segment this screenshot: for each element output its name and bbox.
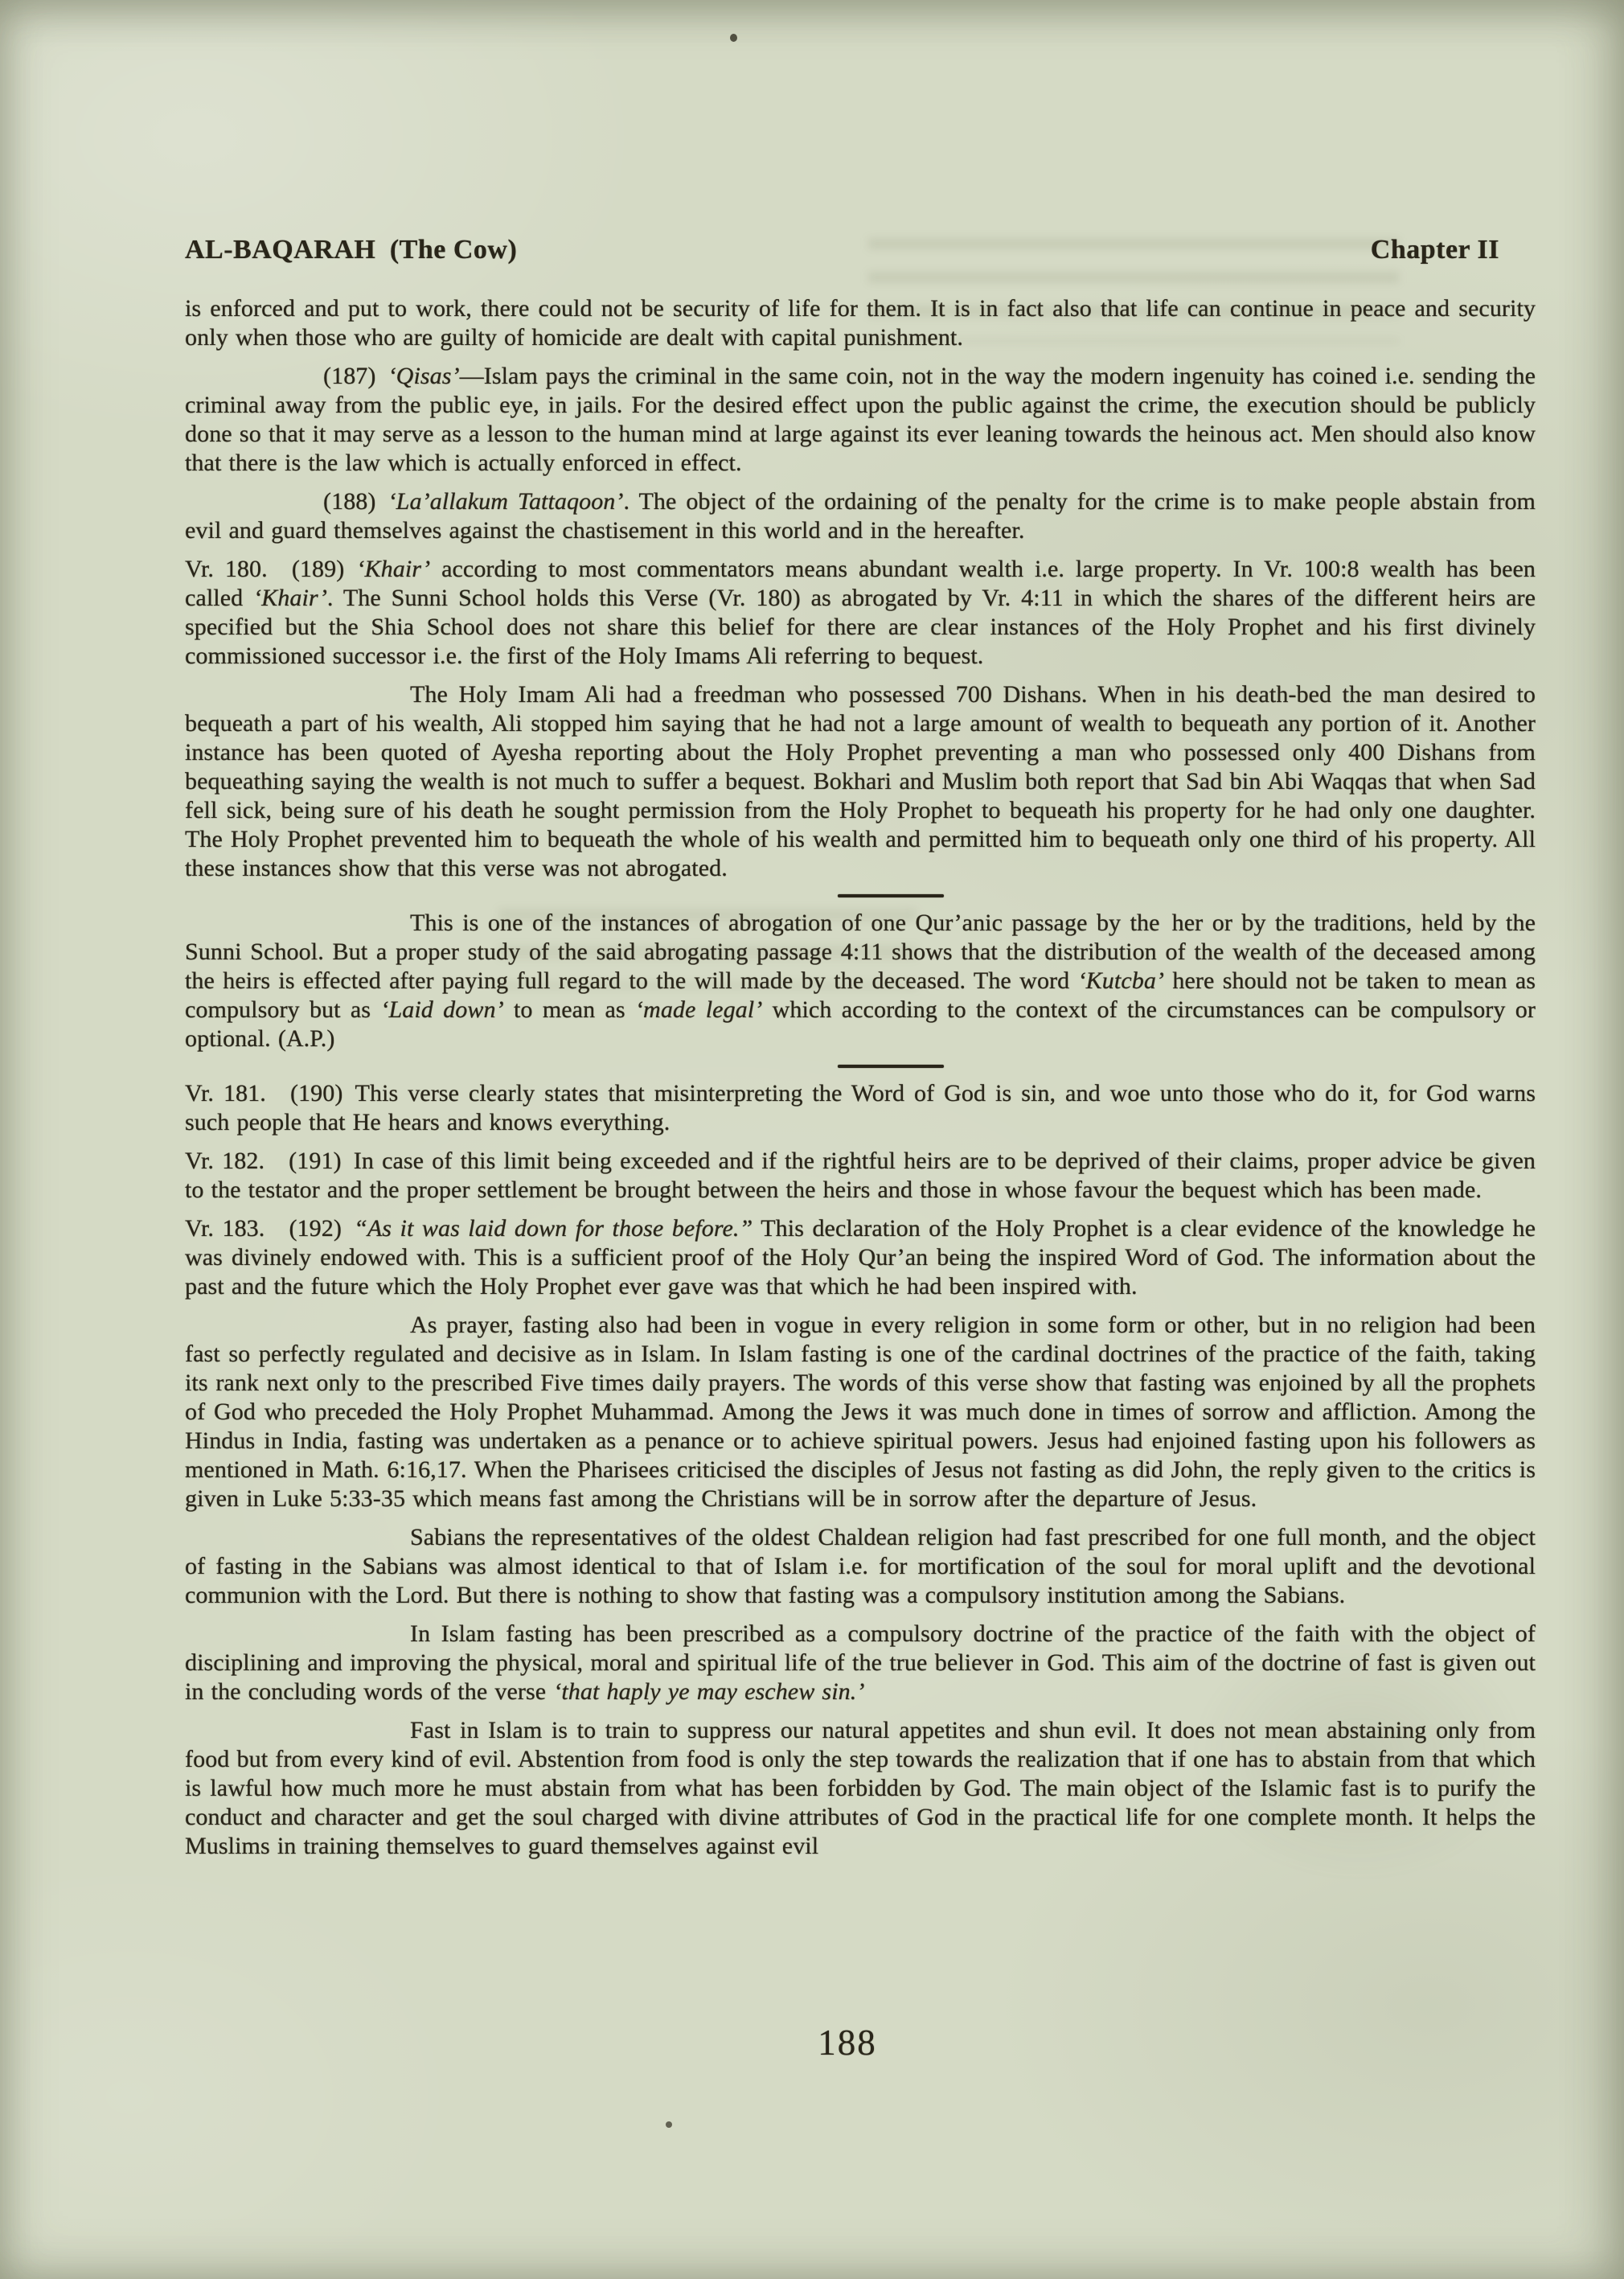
paragraph: Sabians the representatives of the oldes… [185,1523,1536,1610]
paragraph: Vr. 180. (189) ‘Khair’ according to most… [185,555,1536,671]
page-body: is enforced and put to work, there could… [185,294,1536,1861]
italic-phrase: ‘Khair’ [356,556,430,582]
page-header: AL-BAQARAH (The Cow) Chapter II [185,235,1536,265]
text-run: As prayer, fasting also had been in vogu… [185,1312,1536,1512]
text-run: Vr. 183. (192) [185,1215,354,1242]
text-run: Vr. 180. (189) [185,556,356,582]
paragraph: In Islam fasting has been prescribed as … [185,1620,1536,1706]
text-run: Fast in Islam is to train to suppress ou… [185,1717,1536,1859]
scanned-book-page: AL-BAQARAH (The Cow) Chapter II is enfor… [0,0,1624,2279]
paragraph: Vr. 181. (190) This verse clearly states… [185,1079,1536,1137]
italic-phrase: ‘La’allakum Tattaqoon’ [388,488,624,515]
italic-phrase: ‘Khair’ [253,585,327,611]
paragraph: is enforced and put to work, there could… [185,294,1536,352]
text-run: to mean as [504,996,635,1023]
ink-speck [666,2121,672,2128]
text-run: (187) [323,363,388,389]
italic-phrase: ‘that haply ye may eschew sin.’ [553,1678,864,1705]
chapter-title: Chapter II [1371,235,1499,265]
surah-title: AL-BAQARAH (The Cow) [185,235,517,265]
italic-phrase: ‘made legal’ [635,996,762,1023]
text-run: Vr. 182. (191) In case of this limit bei… [185,1148,1536,1203]
italic-phrase: ‘Laid down’ [380,996,503,1023]
italic-phrase: “As it was laid down for those before.” [354,1215,753,1242]
text-run: is enforced and put to work, there could… [185,295,1536,351]
paragraph: (187) ‘Qisas’—Islam pays the criminal in… [185,362,1536,478]
paragraph: The Holy Imam Ali had a freedman who pos… [185,680,1536,883]
text-block: AL-BAQARAH (The Cow) Chapter II is enfor… [185,235,1536,1870]
section-divider [838,894,944,897]
ink-speck [730,34,737,42]
paragraph: (188) ‘La’allakum Tattaqoon’. The object… [185,487,1536,545]
text-run: . The Sunni School holds this Verse (Vr.… [185,585,1536,669]
paragraph: Vr. 183. (192) “As it was laid down for … [185,1214,1536,1301]
paragraph: This is one of the instances of abrogati… [185,909,1536,1053]
paragraph: Fast in Islam is to train to suppress ou… [185,1716,1536,1861]
paragraph: As prayer, fasting also had been in vogu… [185,1311,1536,1513]
italic-phrase: ‘Qisas’ [388,363,460,389]
text-run: The Holy Imam Ali had a freedman who pos… [185,681,1536,881]
page-number: 188 [0,2022,1624,2063]
section-divider [838,1065,944,1068]
text-run: Vr. 181. (190) This verse clearly states… [185,1080,1536,1135]
paragraph: Vr. 182. (191) In case of this limit bei… [185,1147,1536,1205]
italic-phrase: ‘Kutcba’ [1078,967,1164,994]
text-run: Sabians the representatives of the oldes… [185,1524,1536,1608]
text-run: (188) [323,488,388,515]
